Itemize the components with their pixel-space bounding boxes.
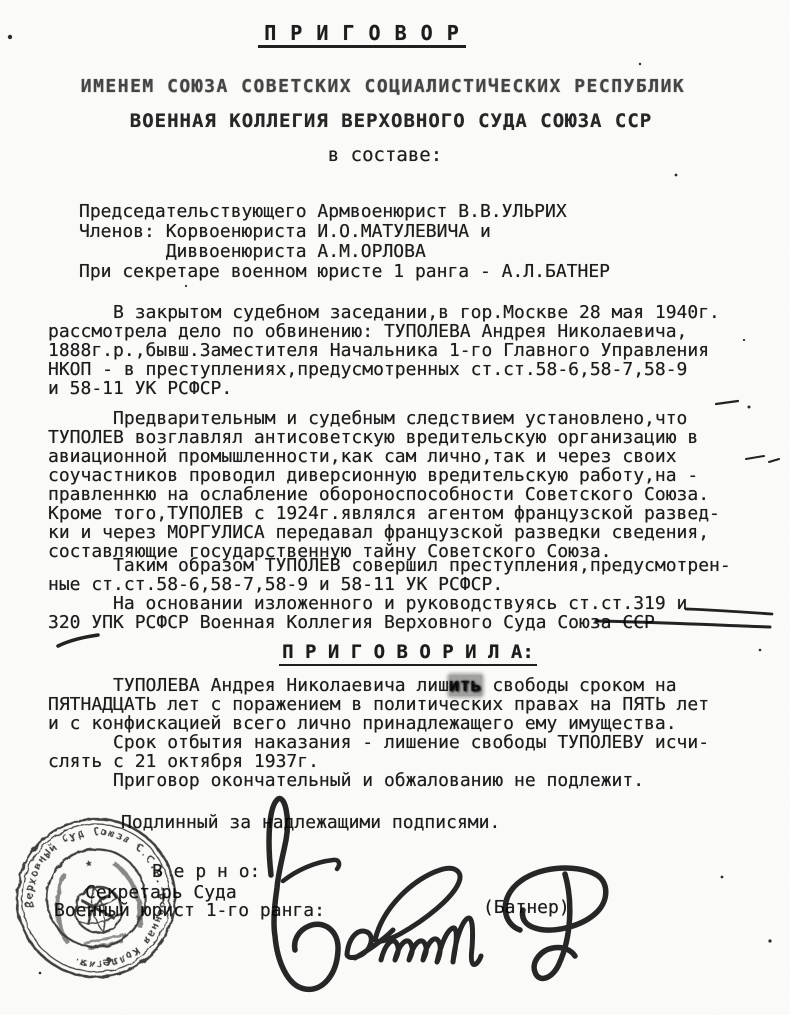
paragraph-findings: Предварительным и судебным следствием ус… <box>48 409 720 561</box>
paragraph-term-start-date: Срок отбытия наказания - лишение свободы… <box>48 733 709 771</box>
verdict-heading: П Р И Г О В О Р И Л А: <box>279 643 537 666</box>
doc-title: П Р И Г О В О Р <box>258 24 466 48</box>
verno-line: В е р н о: <box>152 862 260 881</box>
signature-crossbar <box>283 860 339 881</box>
signature-end-flourish <box>505 868 606 978</box>
heading-composed-of: в составе: <box>0 146 780 165</box>
heading-military-collegium: ВОЕННАЯ КОЛЛЕГИЯ ВЕРХОВНОГО СУДА СОЮЗА С… <box>0 112 786 131</box>
verdict-heading-row: П Р И Г О В О Р И Л А: <box>13 643 790 666</box>
pen-dash-right-3 <box>769 459 779 462</box>
rank-line: Военный юрист 1-го ранга: <box>54 901 325 920</box>
paragraph-sentence: ТУПОЛЕВА Андрея Николаевича лишить свобо… <box>48 676 709 733</box>
ribbon-bands <box>83 935 127 950</box>
certified-copy-line: Подлинный за надлежащими подписями. <box>121 813 500 832</box>
stamp-bullet <box>106 957 111 962</box>
court-composition-block: Председательствующего Армвоенюрист В.В.У… <box>79 202 610 282</box>
paragraph-legal-basis: На основании изложенного и руководствуяс… <box>48 594 687 632</box>
star-icon: ★ <box>83 855 94 871</box>
signature-middle-letters <box>347 868 481 964</box>
legal-basis-text: На основании изложенного и руководствуяс… <box>48 593 687 633</box>
paragraph-case-hearing: В закрытом судебном заседании,в гор.Моск… <box>48 303 720 398</box>
pen-underline-319 <box>686 609 772 614</box>
doc-title-row: П Р И Г О В О Р <box>0 24 757 48</box>
scanned-verdict-page: П Р И Г О В О Р ИМЕНЕМ СОЮЗА СОВЕТСКИХ С… <box>0 0 790 1015</box>
paragraph-final-no-appeal: Приговор окончательный и обжалованию не … <box>48 771 644 790</box>
sentence-text-start: ТУПОЛЕВА Андрея Николаевича лиш <box>48 675 449 696</box>
paragraph-crime-qualification: Таким образом ТУПОЛЕВ совершил преступле… <box>48 556 731 594</box>
pen-dash-right-1 <box>716 401 738 404</box>
signatory-name: (Батнер) <box>483 898 570 917</box>
struck-out-ssr: ССР <box>622 612 655 633</box>
heading-in-the-name-of-ussr: ИМЕНЕМ СОЮЗА СОВЕТСКИХ СОЦИАЛИСТИЧЕСКИХ … <box>0 77 778 96</box>
overtyped-word: ить <box>449 675 482 696</box>
pen-dash-right-2 <box>746 456 764 459</box>
